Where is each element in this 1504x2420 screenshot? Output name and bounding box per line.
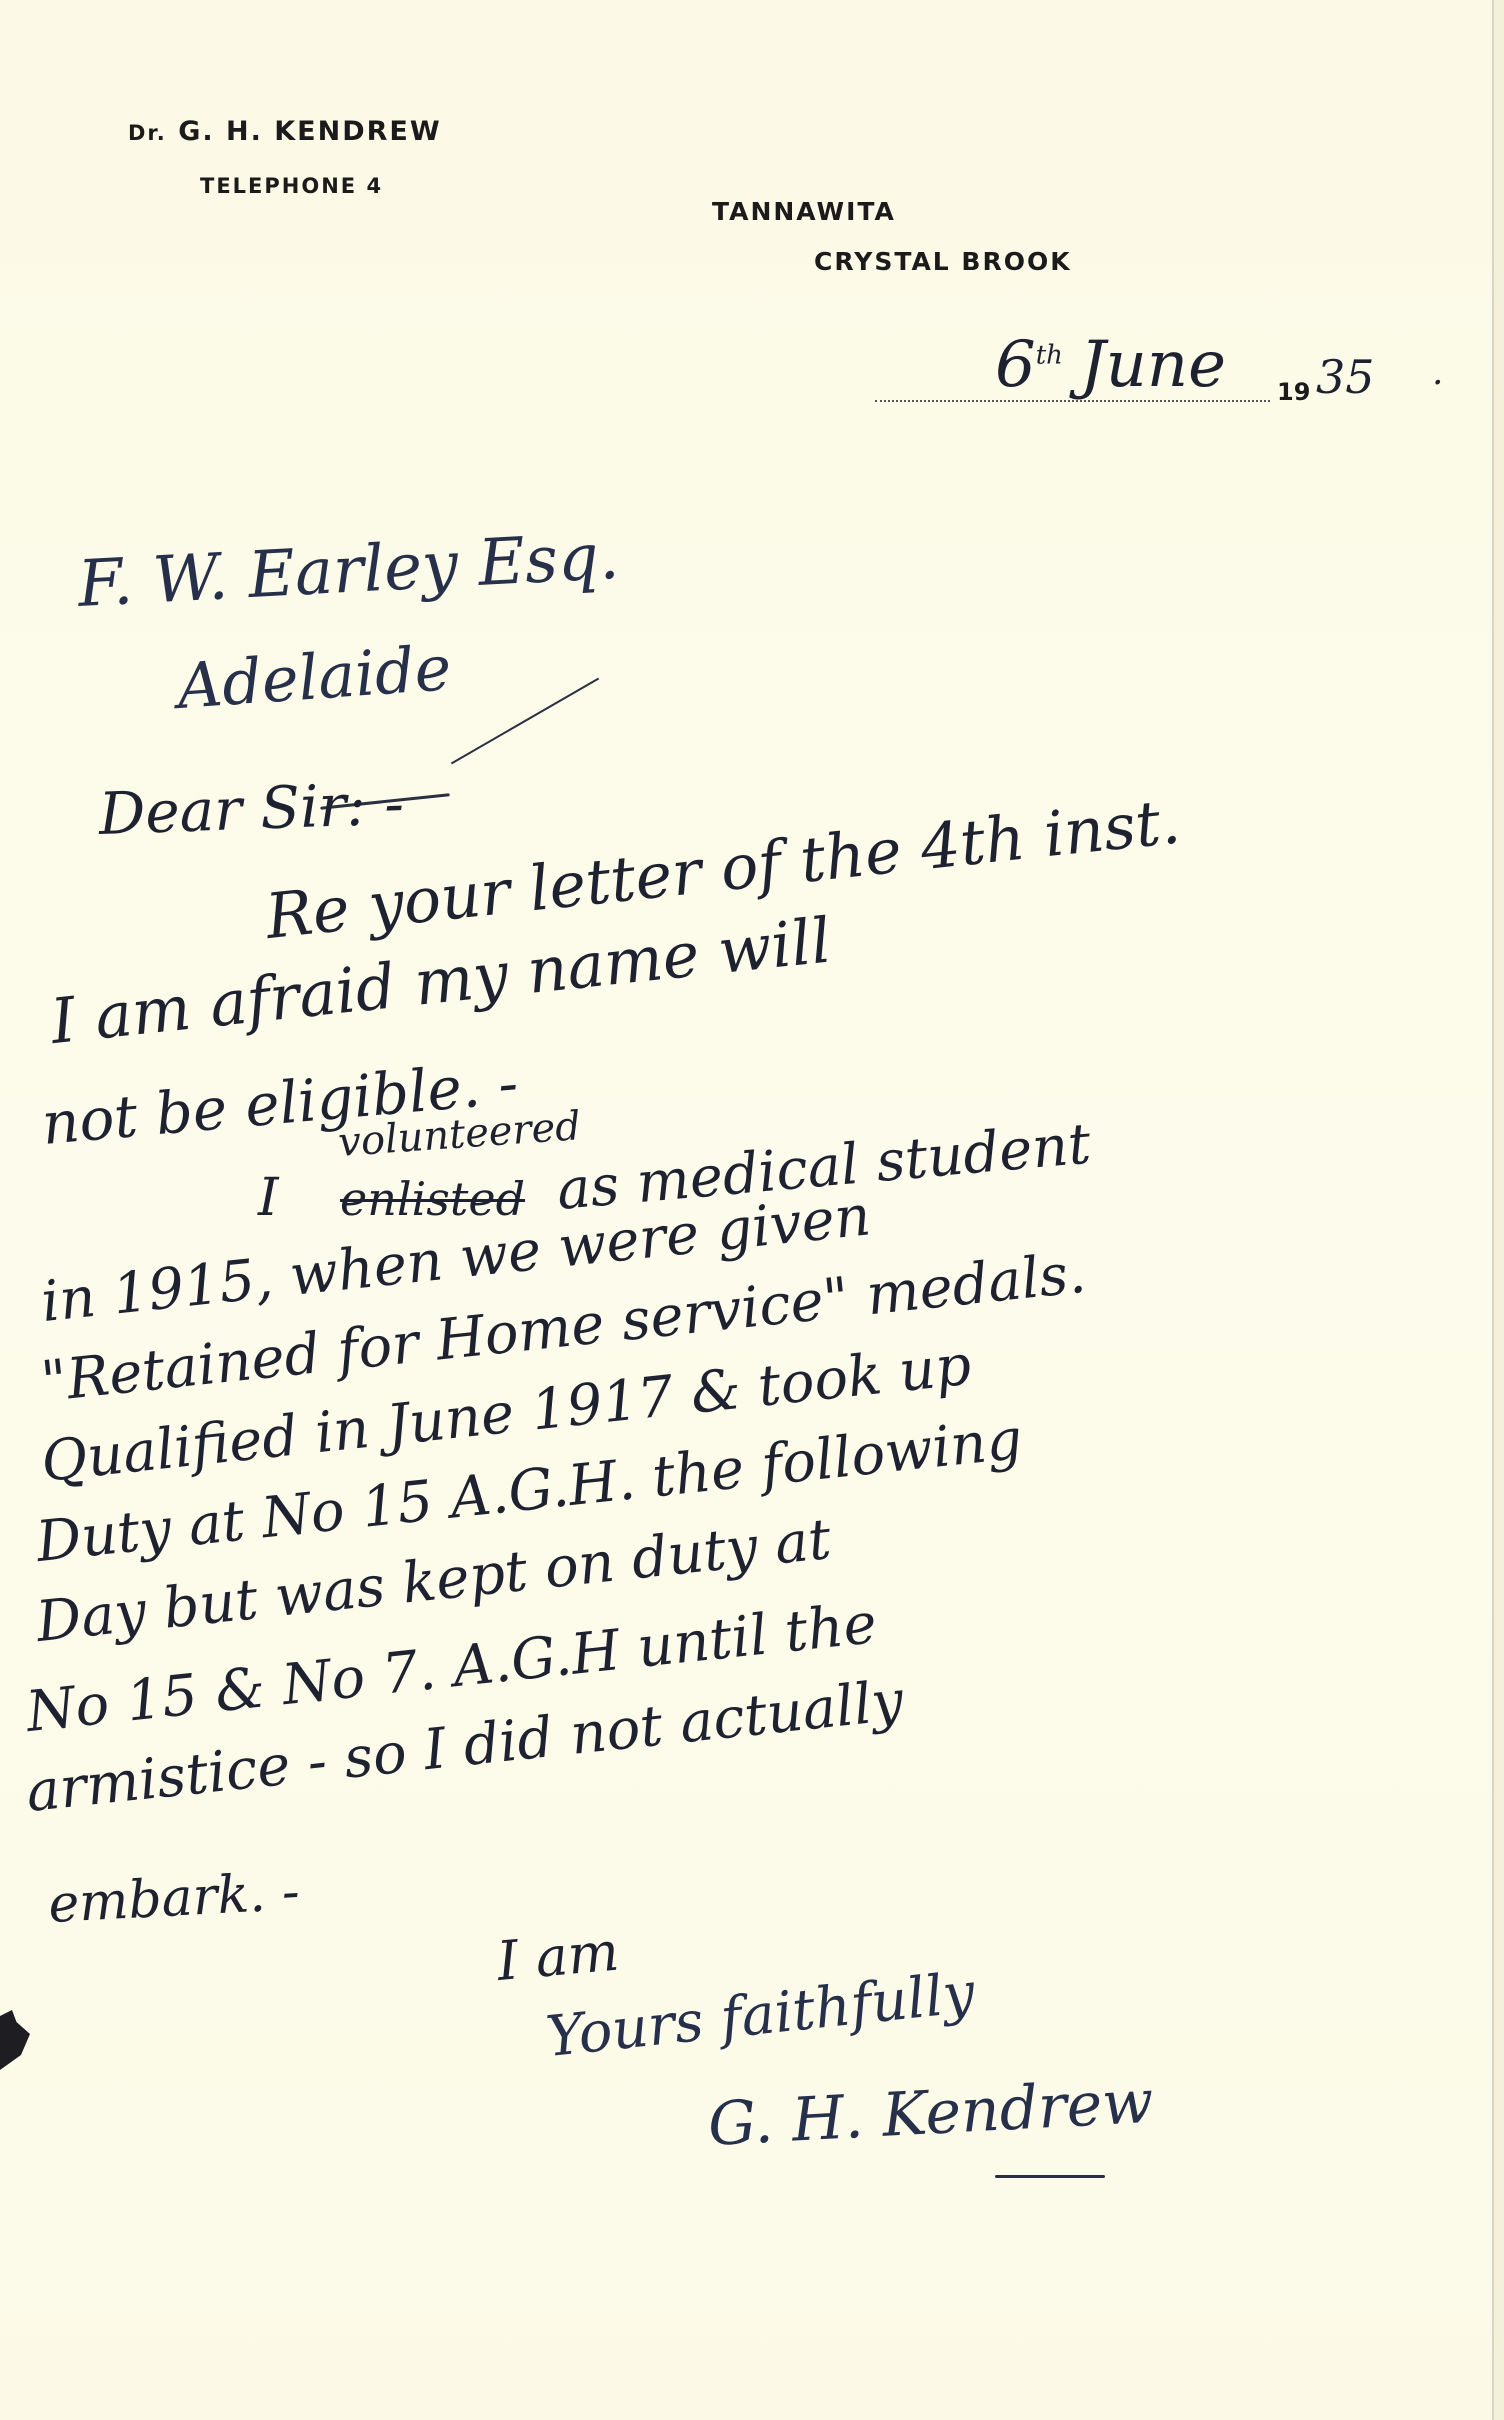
- salutation: Dear Sir: -: [98, 769, 405, 848]
- correction-prefix: I: [258, 1168, 279, 1228]
- letterhead-address-line1: TANNAWITA: [712, 197, 896, 226]
- letterhead-address-line2: CRYSTAL BROOK: [814, 247, 1072, 276]
- date-day-suffix: th: [1036, 341, 1063, 371]
- date-month: June: [1080, 328, 1226, 402]
- name-text: G. H. KENDREW: [178, 116, 441, 147]
- correction-struck-word: enlisted: [340, 1172, 525, 1226]
- date-day: 6th: [995, 328, 1063, 402]
- closing-line-1: I am: [495, 1920, 622, 1993]
- name-prefix: Dr.: [128, 121, 167, 145]
- date-trailing: .: [1432, 352, 1443, 393]
- letterhead-name: Dr. G. H. KENDREW: [128, 116, 442, 147]
- signature-underline: [995, 2175, 1105, 2178]
- date-year: 35: [1316, 350, 1375, 404]
- date-dotted-line: [875, 400, 1270, 402]
- letterhead-telephone: TELEPHONE 4: [200, 174, 383, 198]
- page-edge: [1494, 0, 1504, 2420]
- date-printed-century: 19: [1277, 378, 1310, 406]
